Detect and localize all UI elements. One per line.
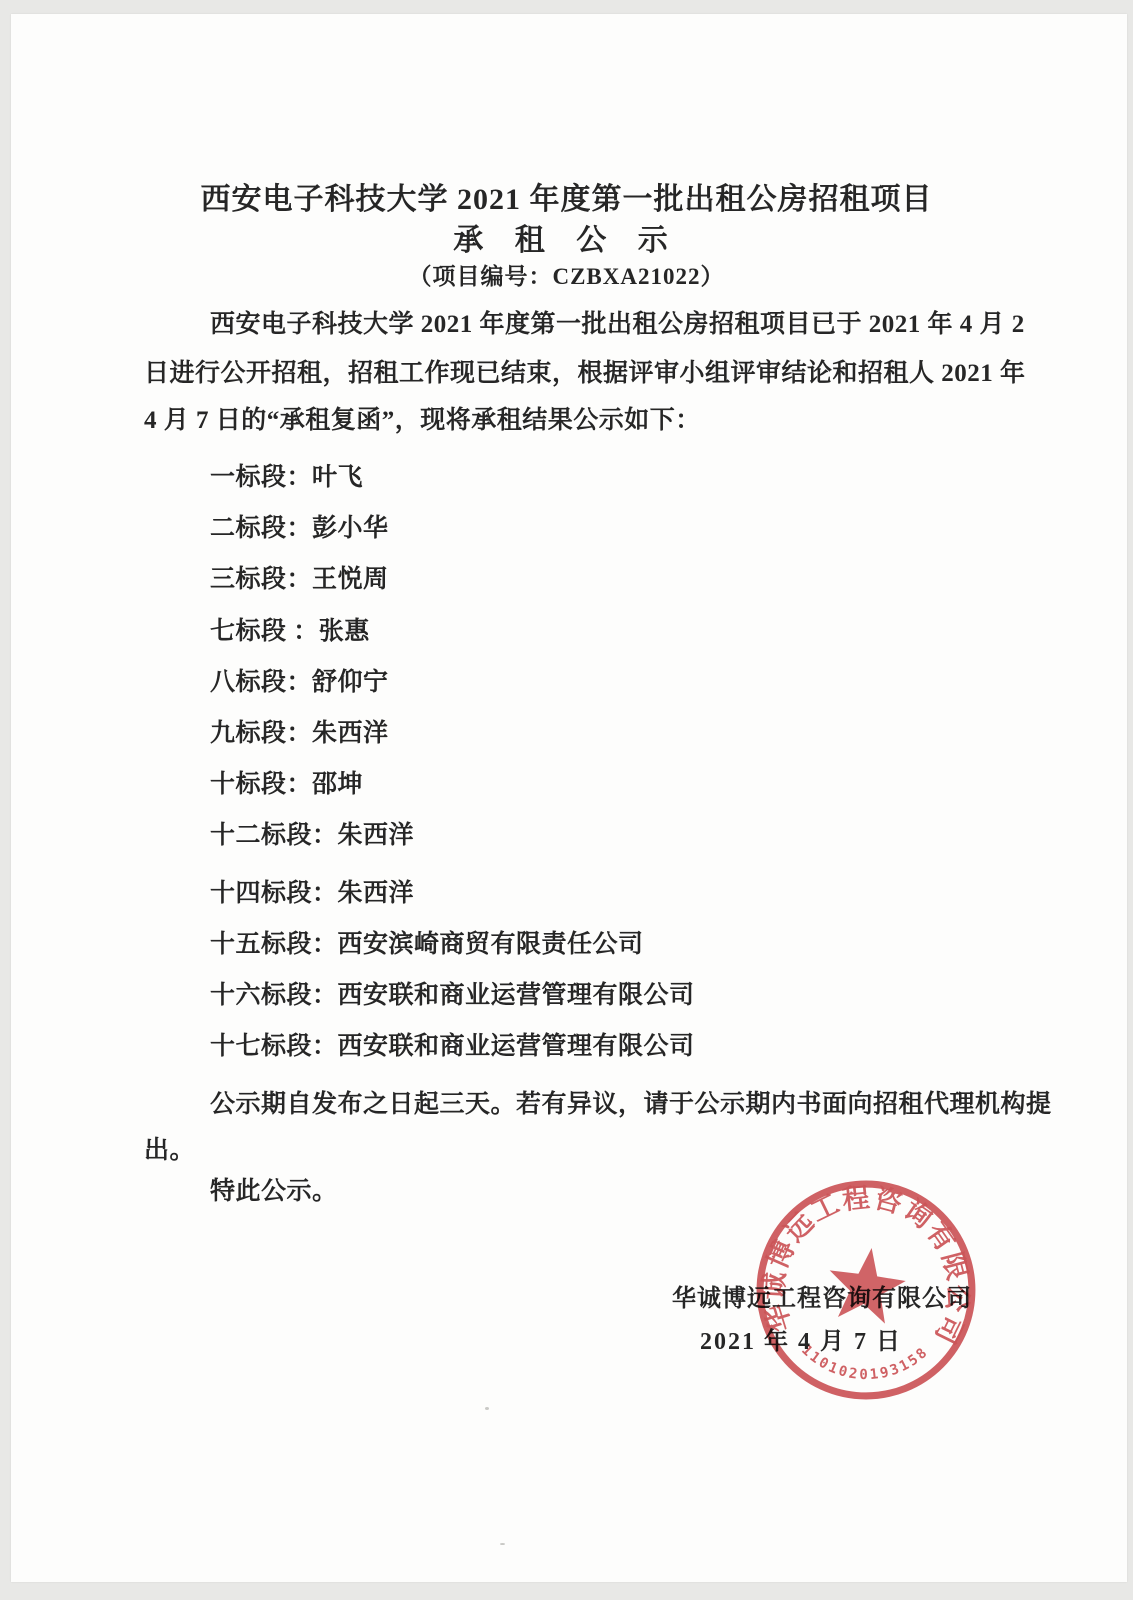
scanned-document: { "document": { "title_line1": "西安电子科技大学…	[0, 0, 1133, 1600]
paper-page	[11, 14, 1127, 1582]
